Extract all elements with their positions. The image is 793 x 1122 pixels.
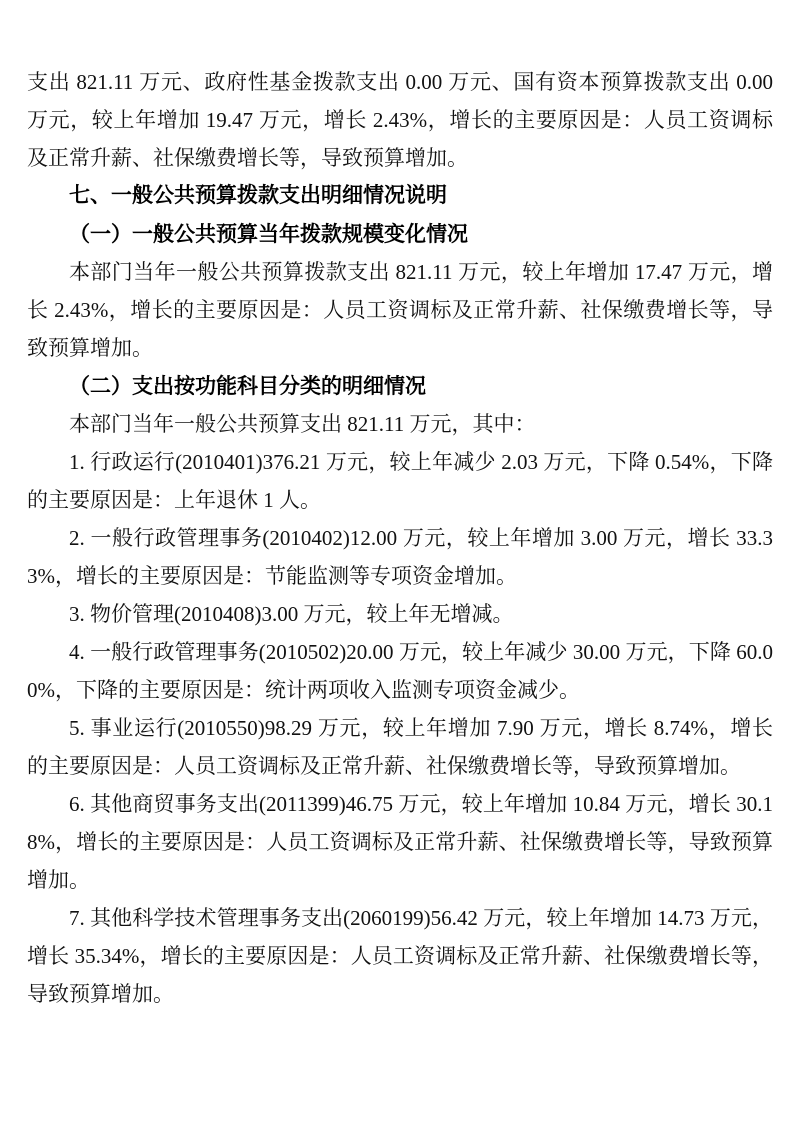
body-paragraph: 本部门当年一般公共预算拨款支出 821.11 万元，较上年增加 17.47 万元… (27, 253, 773, 367)
body-paragraph: 7. 其他科学技术管理事务支出(2060199)56.42 万元，较上年增加 1… (27, 899, 773, 1013)
section-heading: 七、一般公共预算拨款支出明细情况说明 (27, 177, 773, 215)
body-paragraph: 2. 一般行政管理事务(2010402)12.00 万元，较上年增加 3.00 … (27, 519, 773, 595)
subsection-heading: （二）支出按功能科目分类的明细情况 (27, 367, 773, 405)
body-paragraph: 本部门当年一般公共预算支出 821.11 万元，其中： (27, 405, 773, 443)
body-paragraph: 4. 一般行政管理事务(2010502)20.00 万元，较上年减少 30.00… (27, 633, 773, 709)
body-paragraph: 1. 行政运行(2010401)376.21 万元，较上年减少 2.03 万元，… (27, 443, 773, 519)
document-page: 支出 821.11 万元、政府性基金拨款支出 0.00 万元、国有资本预算拨款支… (0, 0, 793, 1122)
body-paragraph: 支出 821.11 万元、政府性基金拨款支出 0.00 万元、国有资本预算拨款支… (27, 63, 773, 177)
document-content: 支出 821.11 万元、政府性基金拨款支出 0.00 万元、国有资本预算拨款支… (27, 63, 773, 1013)
body-paragraph: 6. 其他商贸事务支出(2011399)46.75 万元，较上年增加 10.84… (27, 785, 773, 899)
body-paragraph: 3. 物价管理(2010408)3.00 万元，较上年无增减。 (27, 595, 773, 633)
subsection-heading: （一）一般公共预算当年拨款规模变化情况 (27, 215, 773, 253)
body-paragraph: 5. 事业运行(2010550)98.29 万元，较上年增加 7.90 万元，增… (27, 709, 773, 785)
